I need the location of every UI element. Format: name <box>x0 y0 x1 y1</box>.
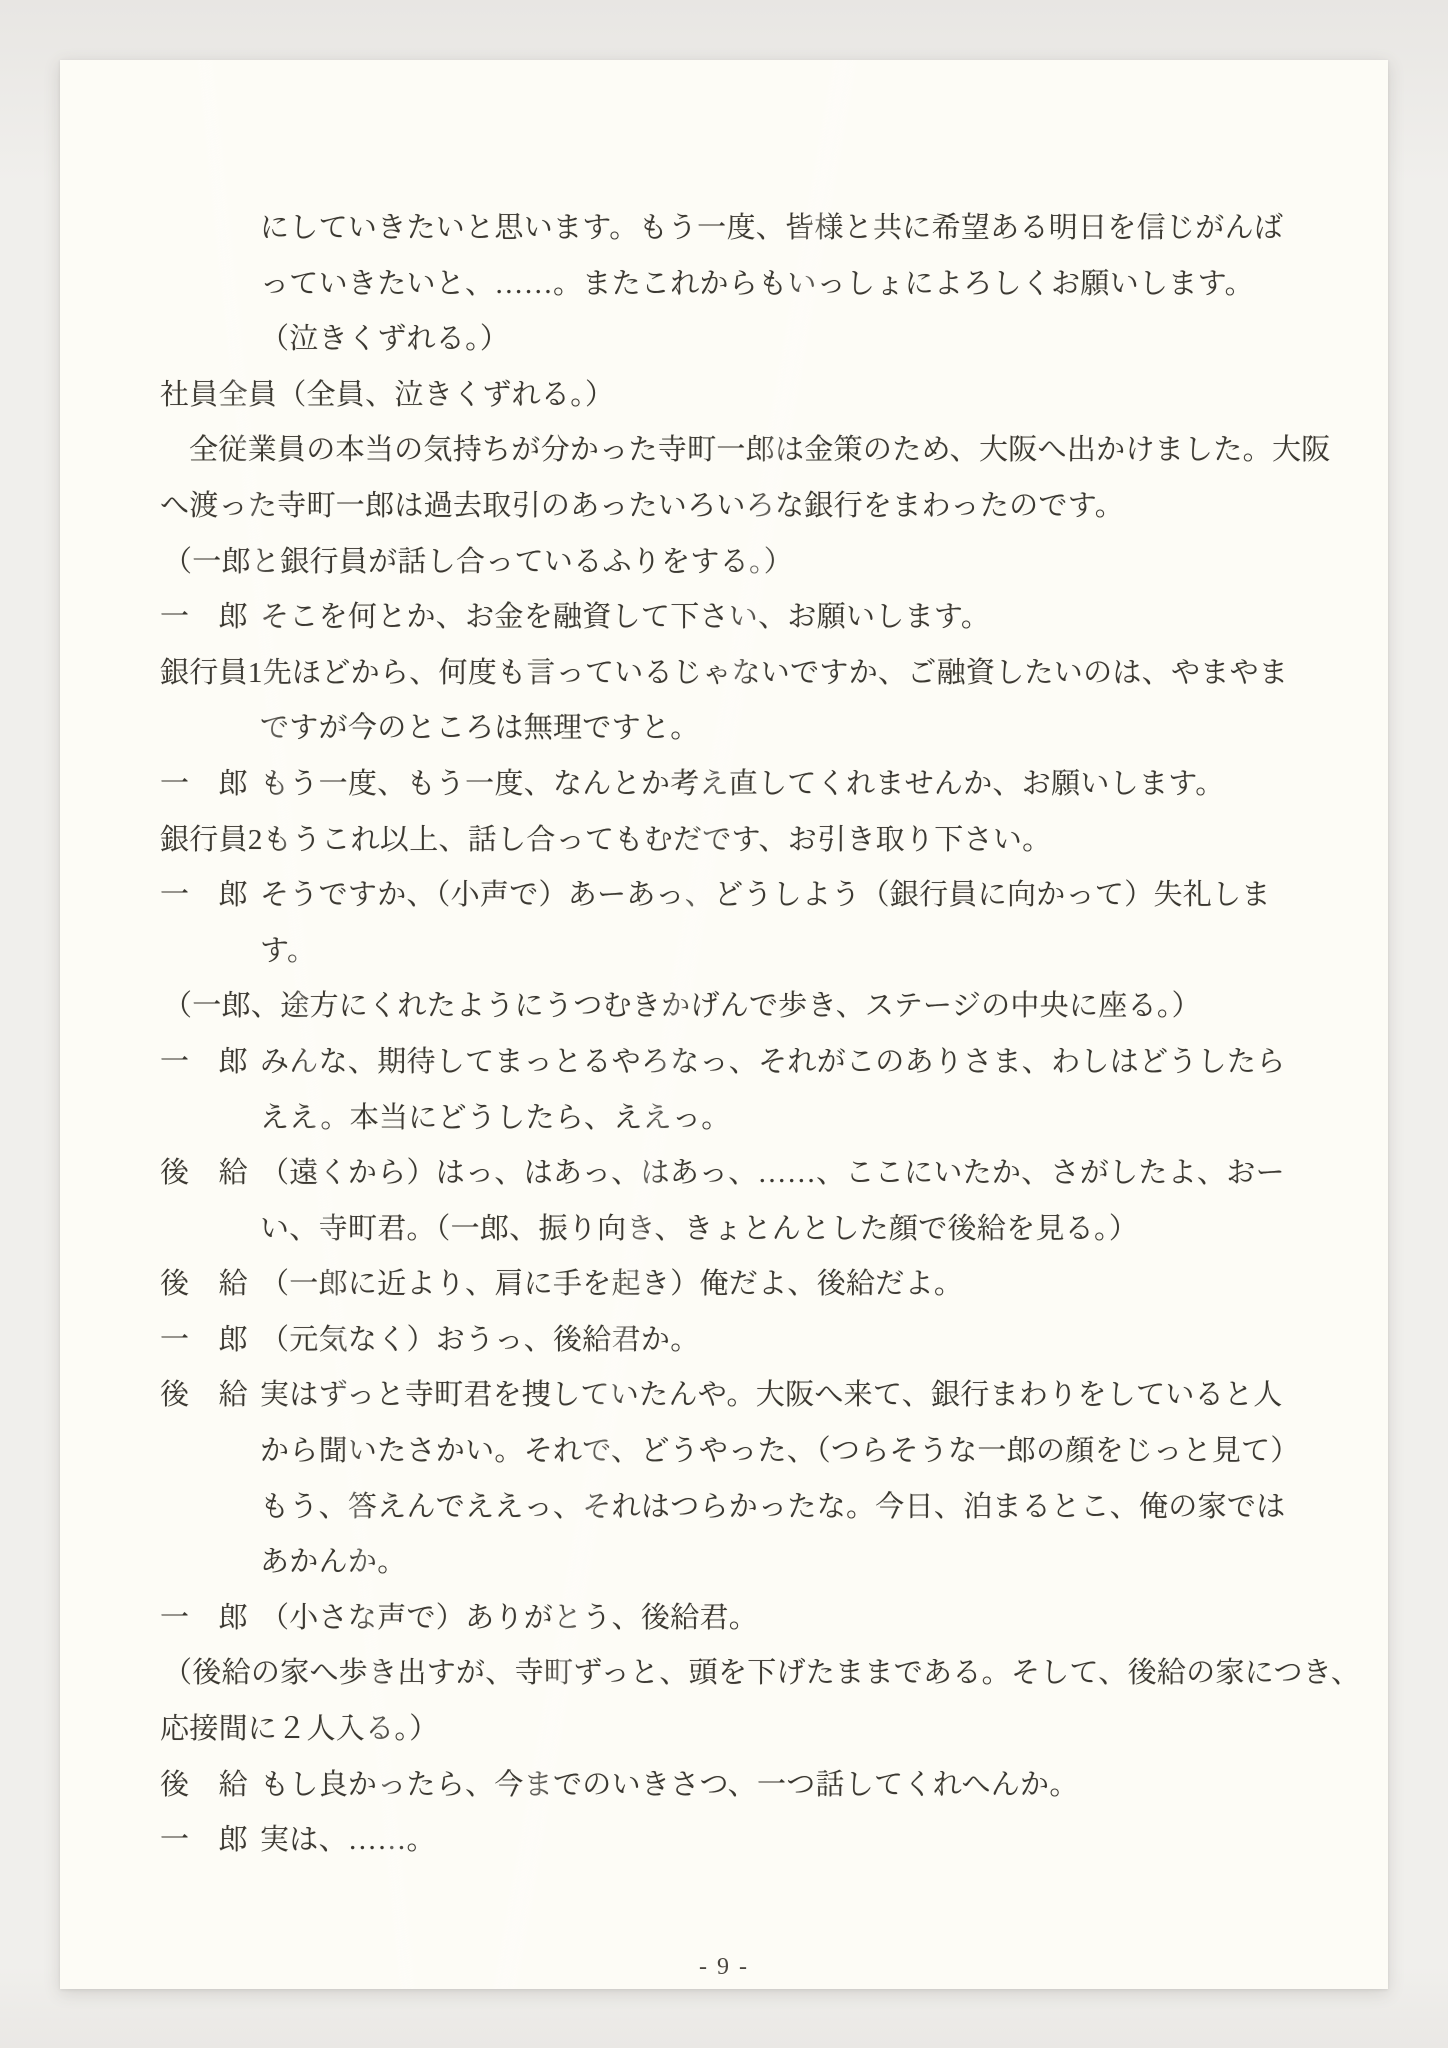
script-line: （一郎、途方にくれたようにうつむきかげんで歩き、ステージの中央に座る。） <box>160 979 1328 1035</box>
script-line: 銀行員1先ほどから、何度も言っているじゃないですか、ご融資したいのは、やまやま <box>160 646 1328 702</box>
script-line: 一 郎そこを何とか、お金を融資して下さい、お願いします。 <box>160 590 1328 646</box>
script-line: 銀行員2もうこれ以上、話し合ってもむだです、お引き取り下さい。 <box>160 813 1328 869</box>
page-number: - 9 - <box>60 1954 1388 1981</box>
speaker-name: 社員全員 <box>160 368 277 424</box>
scan-background: { "document": { "kind": "play-script-pag… <box>0 0 1448 2048</box>
line-text: （一郎と銀行員が話し合っているふりをする。） <box>163 546 793 578</box>
script-line: 一 郎（小さな声で）ありがとう、後給君。 <box>160 1591 1328 1647</box>
script-line: から聞いたさかい。それで、どうやった、（つらそうな一郎の顔をじっと見て） <box>160 1424 1328 1480</box>
line-text: そうですか、（小声で）あーあっ、どうしよう（銀行員に向かって）失礼しま <box>260 879 1271 911</box>
script-line: 一 郎もう一度、もう一度、なんとか考え直してくれませんか、お願いします。 <box>160 757 1328 813</box>
line-text: （元気なく）おうっ、後給君か。 <box>260 1324 700 1356</box>
script-line: 後 給もし良かったら、今までのいきさつ、一つ話してくれへんか。 <box>160 1758 1328 1814</box>
line-text: （一郎に近より、肩に手を起き）俺だよ、後給だよ。 <box>260 1268 963 1300</box>
speaker-name: 後 給 <box>160 1368 260 1424</box>
line-text: （遠くから）はっ、はあっ、はあっ、……、ここにいたか、さがしたよ、おー <box>260 1157 1285 1189</box>
speaker-name: 一 郎 <box>160 1035 260 1091</box>
script-line: （後給の家へ歩き出すが、寺町ずっと、頭を下げたままである。そして、後給の家につき… <box>160 1646 1328 1702</box>
line-text: っていきたいと、……。またこれからもいっしょによろしくお願いします。 <box>260 268 1254 300</box>
line-text: （一郎、途方にくれたようにうつむきかげんで歩き、ステージの中央に座る。） <box>163 990 1201 1022</box>
script-line: 後 給（遠くから）はっ、はあっ、はあっ、……、ここにいたか、さがしたよ、おー <box>160 1146 1328 1202</box>
line-text: もう一度、もう一度、なんとか考え直してくれませんか、お願いします。 <box>260 768 1225 800</box>
script-line: 全従業員の本当の気持ちが分かった寺町一郎は金策のため、大阪へ出かけました。大阪 <box>160 423 1328 479</box>
document-page: にしていきたいと思います。もう一度、皆様と共に希望ある明日を信じがんばっていきた… <box>60 60 1388 1989</box>
speaker-name: 一 郎 <box>160 757 260 813</box>
script-line: 一 郎（元気なく）おうっ、後給君か。 <box>160 1313 1328 1369</box>
speaker-name: 一 郎 <box>160 590 260 646</box>
speaker-name: 銀行員2 <box>160 813 263 869</box>
line-text: 先ほどから、何度も言っているじゃないですか、ご融資したいのは、やまやま <box>263 657 1289 689</box>
line-text: す。 <box>260 935 316 967</box>
line-text: 実はずっと寺町君を捜していたんや。大阪へ来て、銀行まわりをしていると人 <box>260 1379 1283 1411</box>
script-lines: にしていきたいと思います。もう一度、皆様と共に希望ある明日を信じがんばっていきた… <box>160 201 1328 1869</box>
line-text: （後給の家へ歩き出すが、寺町ずっと、頭を下げたままである。そして、後給の家につき… <box>163 1657 1360 1689</box>
speaker-name: 一 郎 <box>160 868 260 924</box>
script-line: （一郎と銀行員が話し合っているふりをする。） <box>160 535 1328 591</box>
line-text: い、寺町君。（一郎、振り向き、きょとんとした顔で後給を見る。） <box>260 1213 1138 1245</box>
script-line: 応接間に２人入る。） <box>160 1702 1328 1758</box>
line-text: にしていきたいと思います。もう一度、皆様と共に希望ある明日を信じがんば <box>260 212 1283 244</box>
script-line: へ渡った寺町一郎は過去取引のあったいろいろな銀行をまわったのです。 <box>160 479 1328 535</box>
script-line: っていきたいと、……。またこれからもいっしょによろしくお願いします。 <box>160 257 1328 313</box>
speaker-name: 一 郎 <box>160 1313 260 1369</box>
speaker-name: 後 給 <box>160 1146 260 1202</box>
script-line: 後 給実はずっと寺町君を捜していたんや。大阪へ来て、銀行まわりをしていると人 <box>160 1368 1328 1424</box>
script-line: 一 郎そうですか、（小声で）あーあっ、どうしよう（銀行員に向かって）失礼しま <box>160 868 1328 924</box>
script-line: （泣きくずれる。） <box>160 312 1328 368</box>
line-text: ですが今のところは無理ですと。 <box>260 712 700 744</box>
speaker-name: 後 給 <box>160 1257 260 1313</box>
speaker-name: 後 給 <box>160 1758 260 1814</box>
line-text: から聞いたさかい。それで、どうやった、（つらそうな一郎の顔をじっと見て） <box>260 1435 1300 1467</box>
line-text: そこを何とか、お金を融資して下さい、お願いします。 <box>260 601 990 633</box>
line-text: （泣きくずれる。） <box>260 323 509 355</box>
line-text: 応接間に２人入る。） <box>160 1713 439 1745</box>
script-line: 一 郎実は、……。 <box>160 1813 1328 1869</box>
script-line: もう、答えんでええっ、それはつらかったな。今日、泊まるとこ、俺の家では <box>160 1480 1328 1536</box>
line-text: へ渡った寺町一郎は過去取引のあったいろいろな銀行をまわったのです。 <box>160 490 1124 522</box>
speaker-name: 一 郎 <box>160 1591 260 1647</box>
line-text: 実は、……。 <box>260 1824 436 1856</box>
line-text: あかんか。 <box>260 1546 407 1578</box>
line-text: もう、答えんでええっ、それはつらかったな。今日、泊まるとこ、俺の家では <box>260 1491 1286 1523</box>
speaker-name: 銀行員1 <box>160 646 263 702</box>
script-line: にしていきたいと思います。もう一度、皆様と共に希望ある明日を信じがんば <box>160 201 1328 257</box>
script-line: い、寺町君。（一郎、振り向き、きょとんとした顔で後給を見る。） <box>160 1202 1328 1258</box>
line-text: みんな、期待してまっとるやろなっ、それがこのありさま、わしはどうしたら <box>260 1046 1286 1078</box>
line-text: 全従業員の本当の気持ちが分かった寺町一郎は金策のため、大阪へ出かけました。大阪 <box>189 434 1331 466</box>
script-line: 一 郎みんな、期待してまっとるやろなっ、それがこのありさま、わしはどうしたら <box>160 1035 1328 1091</box>
script-line: 後 給（一郎に近より、肩に手を起き）俺だよ、後給だよ。 <box>160 1257 1328 1313</box>
script-line: す。 <box>160 924 1328 980</box>
line-text: もし良かったら、今までのいきさつ、一つ話してくれへんか。 <box>260 1769 1079 1801</box>
line-text: もうこれ以上、話し合ってもむだです、お引き取り下さい。 <box>263 824 1052 856</box>
script-line: ですが今のところは無理ですと。 <box>160 701 1328 757</box>
script-line: ええ。本当にどうしたら、ええっ。 <box>160 1091 1328 1147</box>
script-line: 社員全員（全員、泣きくずれる。） <box>160 368 1328 424</box>
line-text: （全員、泣きくずれる。） <box>277 379 614 411</box>
line-text: （小さな声で）ありがとう、後給君。 <box>260 1602 758 1634</box>
line-text: ええ。本当にどうしたら、ええっ。 <box>260 1102 731 1134</box>
script-line: あかんか。 <box>160 1535 1328 1591</box>
speaker-name: 一 郎 <box>160 1813 260 1869</box>
